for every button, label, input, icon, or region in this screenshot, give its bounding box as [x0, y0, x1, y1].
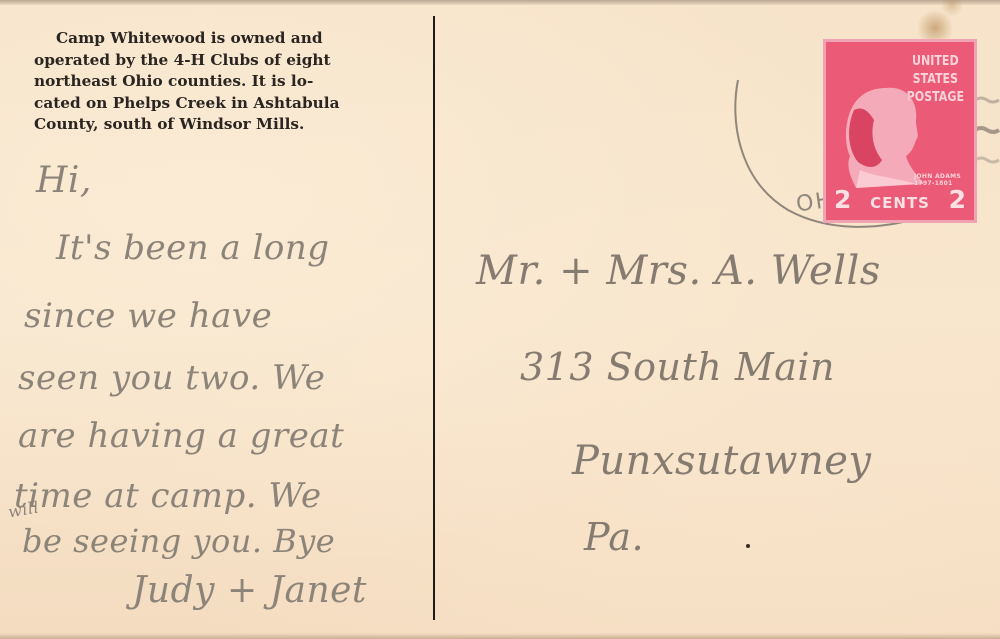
- postcard-back: Camp Whitewood is owned and operated by …: [0, 0, 1000, 639]
- message-line: It's been a long: [56, 228, 330, 268]
- message-line: time at camp. We: [14, 476, 322, 516]
- message-line: since we have: [24, 296, 272, 336]
- stamp-country-line: UNITED: [907, 52, 964, 70]
- stamp-value-right: 2: [949, 185, 966, 214]
- message-line: are having a great: [18, 416, 344, 456]
- caption-line: operated by the 4-H Clubs of eight: [34, 50, 406, 72]
- stamp-value: 2 CENTS 2: [826, 185, 974, 214]
- caption-line: cated on Phelps Creek in Ashtabula: [34, 93, 406, 115]
- caption-line: Camp Whitewood is owned and: [34, 28, 406, 50]
- stamp-portrait-name: JOHN ADAMS: [914, 173, 961, 180]
- ink-dot: [746, 544, 750, 548]
- address-recipient: Mr. + Mrs. A. Wells: [476, 248, 881, 294]
- message-line: seen you two. We: [18, 358, 325, 398]
- card-bottom-edge: [0, 633, 1000, 639]
- card-top-edge: [0, 0, 1000, 5]
- address-city: Punxsutawney: [572, 438, 871, 484]
- address-state: Pa.: [584, 515, 644, 559]
- stamp-value-left: 2: [834, 185, 851, 214]
- address-street: 313 South Main: [520, 345, 835, 389]
- cancellation-marks-icon: [975, 90, 1000, 180]
- center-divider: [433, 16, 435, 620]
- caption-line: County, south of Windsor Mills.: [34, 114, 406, 136]
- message-insertion: will: [7, 497, 41, 521]
- postage-stamp: UNITED STATES POSTAGE JOHN ADAMS 1797-18…: [826, 42, 974, 220]
- message-line: be seeing you. Bye: [22, 522, 335, 560]
- message-greeting: Hi,: [36, 160, 92, 201]
- caption-line: northeast Ohio counties. It is lo-: [34, 71, 406, 93]
- printed-caption: Camp Whitewood is owned and operated by …: [34, 28, 406, 136]
- stamp-value-label: CENTS: [870, 194, 930, 212]
- stain-top-right-small: [940, 0, 964, 16]
- message-signature: Judy + Janet: [132, 570, 367, 611]
